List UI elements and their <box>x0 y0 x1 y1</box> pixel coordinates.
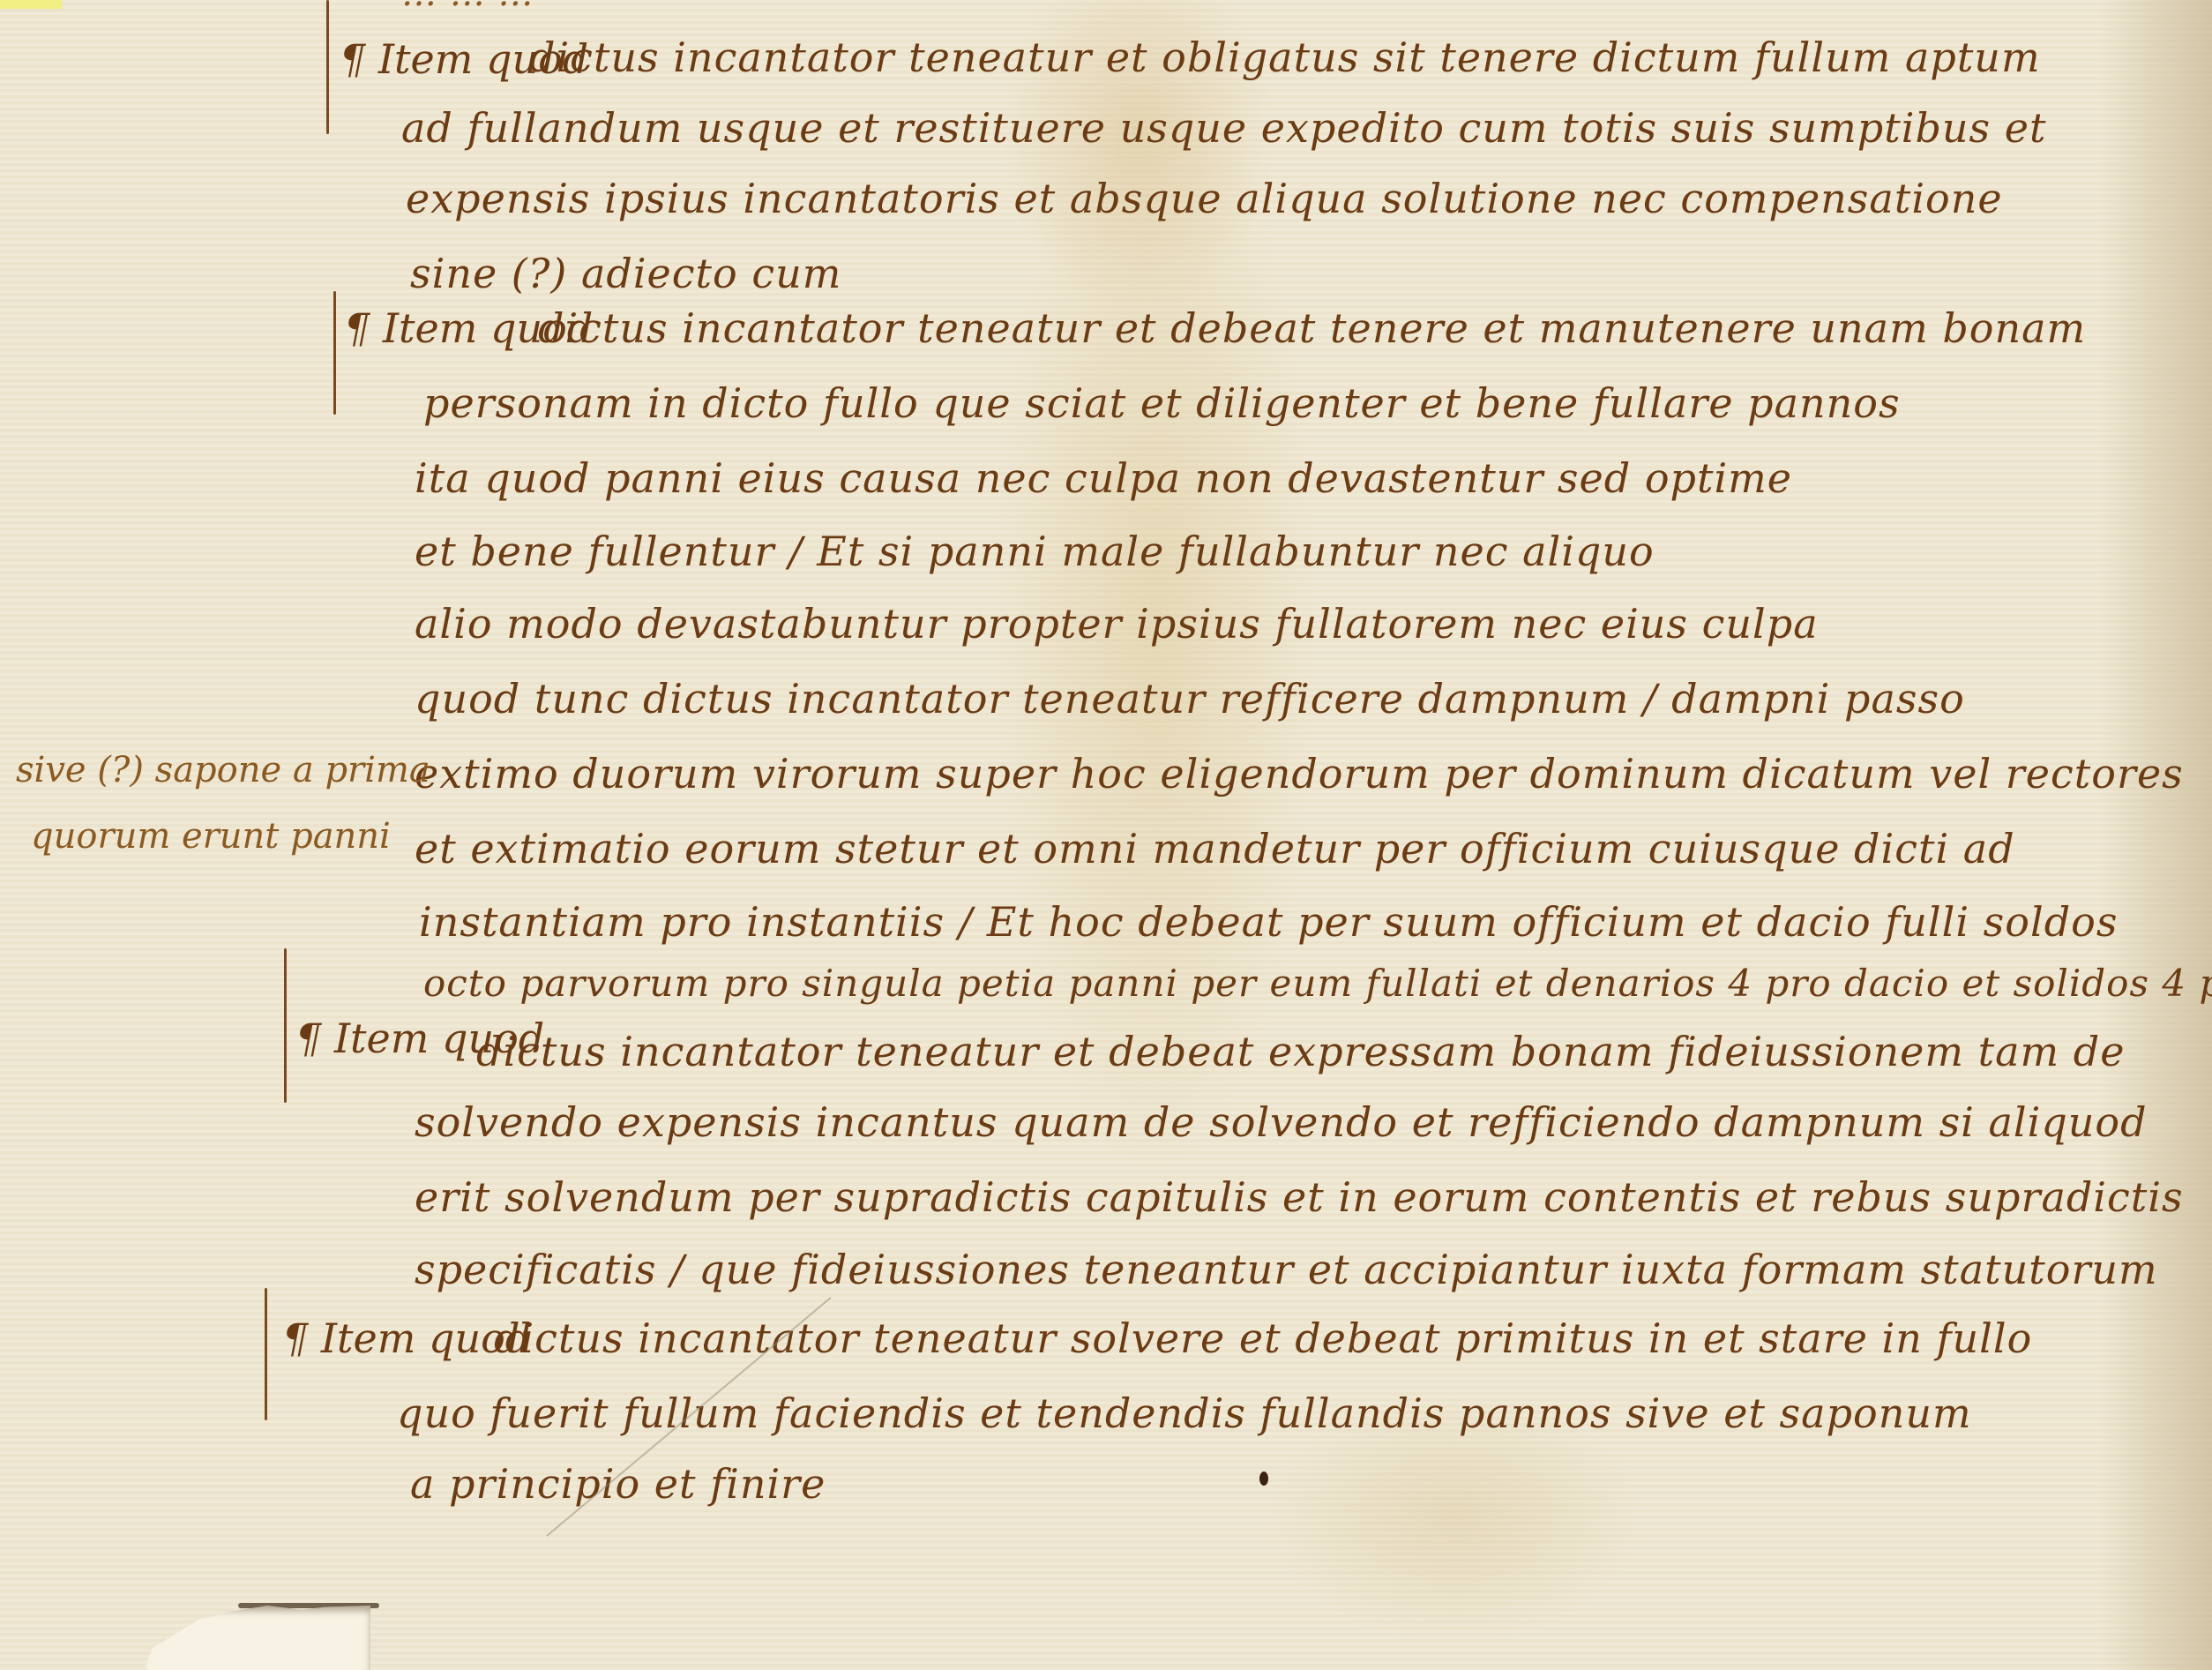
text-line: instantiam pro instantiis / Et hoc debea… <box>419 898 2118 946</box>
text-line: extimo duorum virorum super hoc eligendo… <box>415 750 2184 798</box>
text-line: dictus incantator teneatur et debeat ten… <box>538 304 2086 352</box>
torn-edge <box>141 1606 370 1670</box>
text-line: alio modo devastabuntur propter ipsius f… <box>415 600 1819 648</box>
text-line: expensis ipsius incantatoris et absque a… <box>406 175 2003 222</box>
text-line: ad fullandum usque et restituere usque e… <box>401 104 2046 152</box>
text-line: solvendo expensis incantus quam de solve… <box>415 1098 2148 1146</box>
text-line: sine (?) adiecto cum <box>410 250 841 297</box>
watermark-label <box>0 0 62 9</box>
paragraph-bracket <box>333 291 336 415</box>
margin-note-line: sive (?) sapone a prima <box>16 750 430 790</box>
top-fragment: … … … <box>401 0 534 14</box>
text-line: octo parvorum pro singula petia panni pe… <box>423 962 2212 1005</box>
paragraph-bracket <box>326 0 329 134</box>
text-line: a principio et finire <box>410 1460 826 1508</box>
text-line: personam in dicto fullo que sciat et dil… <box>423 379 1901 427</box>
text-line: specificatis / que fideiussiones teneant… <box>415 1246 2158 1293</box>
text-line: et bene fullentur / Et si panni male ful… <box>415 528 1655 575</box>
paragraph-bracket <box>284 948 287 1103</box>
text-line: quo fuerit fullum faciendis et tendendis… <box>397 1389 1972 1437</box>
margin-note-line: quorum erunt panni <box>31 816 391 857</box>
text-line: dictus incantator teneatur et debeat exp… <box>476 1028 2125 1075</box>
paragraph-bracket <box>265 1288 267 1420</box>
text-line: ita quod panni eius causa nec culpa non … <box>415 454 1792 502</box>
text-line: et extimatio eorum stetur et omni mandet… <box>415 825 2015 872</box>
text-line: dictus incantator teneatur et obligatus … <box>529 34 2041 81</box>
manuscript-page: … … … ¶ Item quod dictus incantator tene… <box>0 0 2212 1670</box>
text-line: erit solvendum per supradictis capitulis… <box>415 1173 2184 1221</box>
ink-blot <box>1259 1472 1268 1486</box>
text-line: dictus incantator teneatur solvere et de… <box>494 1314 2032 1362</box>
text-line: quod tunc dictus incantator teneatur ref… <box>415 675 1965 723</box>
